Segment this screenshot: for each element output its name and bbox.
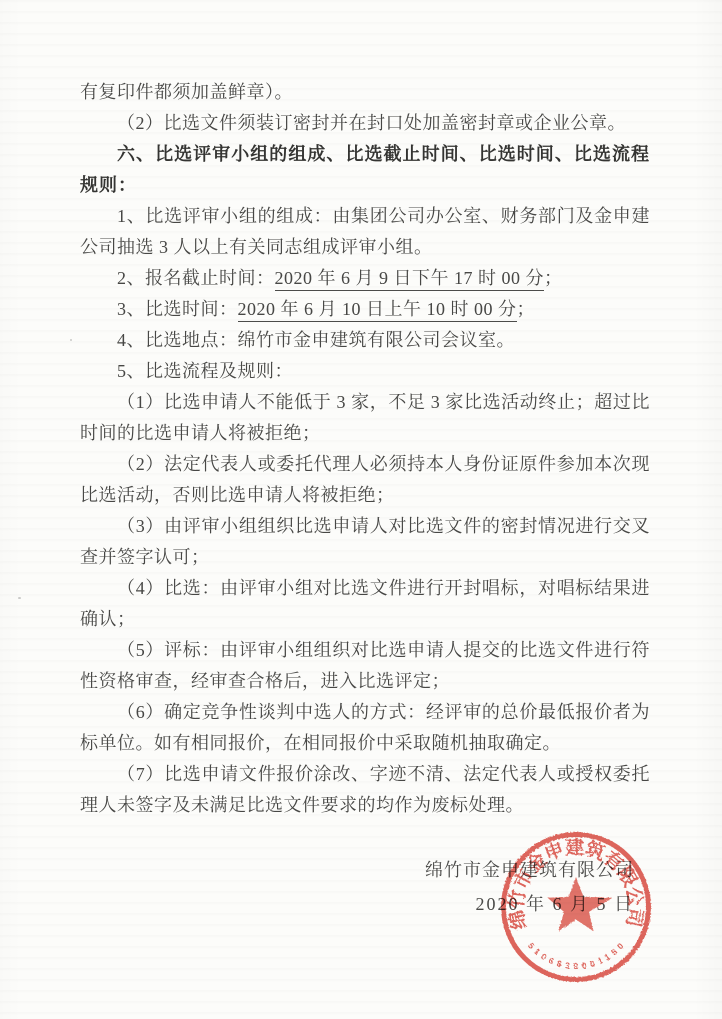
doc-line: （1）比选申请人不能低于 3 家，不足 3 家比选活动终止；超过比选	[80, 387, 650, 418]
text-segment: 查并签字认可；	[80, 547, 210, 567]
doc-line: 3、比选时间：2020 年 6 月 10 日上午 10 时 00 分；	[80, 294, 650, 325]
text-segment: 六、比选评审小组的组成、比选截止时间、比选时间、比选流程及	[80, 144, 650, 170]
text-segment: ；	[544, 268, 563, 288]
doc-line: （4）比选：由评审小组对比选文件进行开封唱标，对唱标结果进行	[80, 573, 650, 604]
text-segment: 3、比选时间：	[117, 299, 238, 319]
text-segment: 4、比选地点：绵竹市金申建筑有限公司会议室。	[117, 330, 515, 350]
text-segment: （2）法定代表人或委托代理人必须持本人身份证原件参加本次现场	[80, 454, 650, 480]
doc-line: （7）比选申请文件报价涂改、字迹不清、法定代表人或授权委托代	[80, 759, 650, 790]
doc-line: 标单位。如有相同报价，在相同报价中采取随机抽取确定。	[80, 728, 650, 759]
doc-line: 六、比选评审小组的组成、比选截止时间、比选时间、比选流程及	[80, 139, 650, 170]
text-segment: 理人未签字及未满足比选文件要求的均作为废标处理。	[80, 795, 524, 815]
text-segment: 时间的比选申请人将被拒绝；	[80, 423, 321, 443]
scan-speck	[70, 339, 72, 341]
doc-line: 2、报名截止时间：2020 年 6 月 9 日下午 17 时 00 分；	[80, 263, 650, 294]
underlined-date: 2020 年 6 月 10 日上午 10 时 00 分	[238, 299, 517, 322]
doc-line: （2）比选文件须装订密封并在封口处加盖密封章或企业公章。	[80, 108, 650, 139]
text-segment: 规则：	[80, 175, 137, 195]
text-segment: 5、比选流程及规则：	[117, 361, 293, 381]
text-segment: 公司抽选 3 人以上有关同志组成评审小组。	[80, 237, 433, 257]
doc-line: 时间的比选申请人将被拒绝；	[80, 418, 650, 449]
doc-line: 比选活动，否则比选申请人将被拒绝；	[80, 480, 650, 511]
doc-line: （5）评标：由评审小组组织对比选申请人提交的比选文件进行符合	[80, 635, 650, 666]
star-icon	[548, 877, 613, 931]
doc-line: 确认；	[80, 604, 650, 635]
doc-line: （3）由评审小组组织比选申请人对比选文件的密封情况进行交叉检	[80, 511, 650, 542]
doc-line: 5、比选流程及规则：	[80, 356, 650, 387]
text-segment: 标单位。如有相同报价，在相同报价中采取随机抽取确定。	[80, 733, 561, 753]
doc-line: （2）法定代表人或委托代理人必须持本人身份证原件参加本次现场	[80, 449, 650, 480]
doc-line: 性资格审查，经审查合格后，进入比选评定；	[80, 666, 650, 697]
text-segment: 2、报名截止时间：	[117, 268, 275, 288]
doc-line: （6）确定竞争性谈判中选人的方式：经评审的总价最低报价者为中	[80, 697, 650, 728]
document-body: 有复印件都须加盖鲜章）。（2）比选文件须装订密封并在封口处加盖密封章或企业公章。…	[80, 77, 650, 821]
document-page: 有复印件都须加盖鲜章）。（2）比选文件须装订密封并在封口处加盖密封章或企业公章。…	[0, 0, 722, 1019]
text-segment: （3）由评审小组组织比选申请人对比选文件的密封情况进行交叉检	[80, 516, 650, 542]
text-segment: ；	[517, 299, 536, 319]
text-segment: 性资格审查，经审查合格后，进入比选评定；	[80, 671, 450, 691]
text-segment: （1）比选申请人不能低于 3 家，不足 3 家比选活动终止；超过比选	[80, 392, 650, 418]
text-segment: 有复印件都须加盖鲜章）。	[80, 82, 293, 102]
text-segment: （5）评标：由评审小组组织对比选申请人提交的比选文件进行符合	[80, 640, 650, 666]
text-segment: （4）比选：由评审小组对比选文件进行开封唱标，对唱标结果进行	[80, 578, 650, 604]
company-seal: 绵竹市金申建筑有限公司 5106839001150	[481, 812, 671, 1002]
doc-line: 有复印件都须加盖鲜章）。	[80, 77, 650, 108]
doc-line: 公司抽选 3 人以上有关同志组成评审小组。	[80, 232, 650, 263]
doc-lines: 有复印件都须加盖鲜章）。（2）比选文件须装订密封并在封口处加盖密封章或企业公章。…	[80, 77, 650, 821]
scan-speck	[18, 597, 21, 599]
doc-line: 4、比选地点：绵竹市金申建筑有限公司会议室。	[80, 325, 650, 356]
seal-code-text: 5106839001150	[526, 940, 626, 971]
doc-line: 1、比选评审小组的组成：由集团公司办公室、财务部门及金申建筑	[80, 201, 650, 232]
text-segment: 确认；	[80, 609, 136, 629]
text-segment: （2）比选文件须装订密封并在封口处加盖密封章或企业公章。	[117, 113, 626, 133]
text-segment: 1、比选评审小组的组成：由集团公司办公室、财务部门及金申建筑	[80, 206, 650, 232]
text-segment: 比选活动，否则比选申请人将被拒绝；	[80, 485, 395, 505]
doc-line: 规则：	[80, 170, 650, 201]
doc-line: 查并签字认可；	[80, 542, 650, 573]
underlined-date: 2020 年 6 月 9 日下午 17 时 00 分	[275, 268, 545, 291]
text-segment: （7）比选申请文件报价涂改、字迹不清、法定代表人或授权委托代	[80, 764, 650, 790]
text-segment: （6）确定竞争性谈判中选人的方式：经评审的总价最低报价者为中	[80, 702, 650, 728]
svg-text:5106839001150: 5106839001150	[526, 940, 626, 971]
